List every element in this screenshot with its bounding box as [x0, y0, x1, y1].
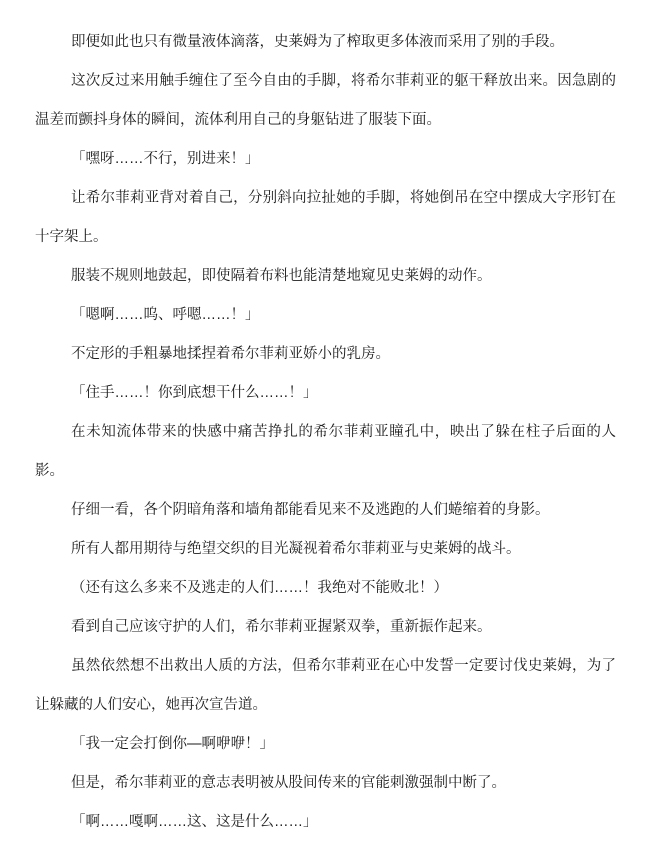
paragraph-dialogue: 「嗯啊……呜、呼嗯……！」 [35, 296, 616, 335]
paragraph-dialogue: 「我一定会打倒你—啊咿咿！」 [35, 725, 616, 764]
paragraph-inner-monologue: （还有这么多来不及逃走的人们……！我绝对不能败北！） [35, 569, 616, 608]
paragraph: 服装不规则地鼓起，即使隔着布料也能清楚地窥见史莱姆的动作。 [35, 257, 616, 296]
novel-text-page: 即便如此也只有微量液体滴落，史莱姆为了榨取更多体液而采用了别的手段。 这次反过来… [0, 0, 650, 850]
paragraph: 即便如此也只有微量液体滴落，史莱姆为了榨取更多体液而采用了别的手段。 [35, 23, 616, 62]
paragraph: 这次反过来用触手缠住了至今自由的手脚，将希尔菲莉亚的躯干释放出来。因急剧的温差而… [35, 62, 616, 140]
paragraph: 所有人都用期待与绝望交织的目光凝视着希尔菲莉亚与史莱姆的战斗。 [35, 530, 616, 569]
paragraph-dialogue: 「嘿呀……不行，别进来！」 [35, 140, 616, 179]
paragraph: 在未知流体带来的快感中痛苦挣扎的希尔菲莉亚瞳孔中，映出了躲在柱子后面的人影。 [35, 413, 616, 491]
paragraph: 仔细一看，各个阴暗角落和墙角都能看见来不及逃跑的人们蜷缩着的身影。 [35, 491, 616, 530]
paragraph: 让希尔菲莉亚背对着自己，分别斜向拉扯她的手脚，将她倒吊在空中摆成大字形钉在十字架… [35, 179, 616, 257]
paragraph: 虽然依然想不出救出人质的方法，但希尔菲莉亚在心中发誓一定要讨伐史莱姆，为了让躲藏… [35, 647, 616, 725]
paragraph-dialogue: 「住手……！你到底想干什么……！」 [35, 374, 616, 413]
paragraph: 不定形的手粗暴地揉捏着希尔菲莉亚娇小的乳房。 [35, 335, 616, 374]
paragraph: 但是，希尔菲莉亚的意志表明被从股间传来的官能刺激强制中断了。 [35, 764, 616, 803]
paragraph-dialogue: 「啊……嘎啊……这、这是什么……」 [35, 803, 616, 842]
paragraph: 看到自己应该守护的人们，希尔菲莉亚握紧双拳，重新振作起来。 [35, 608, 616, 647]
